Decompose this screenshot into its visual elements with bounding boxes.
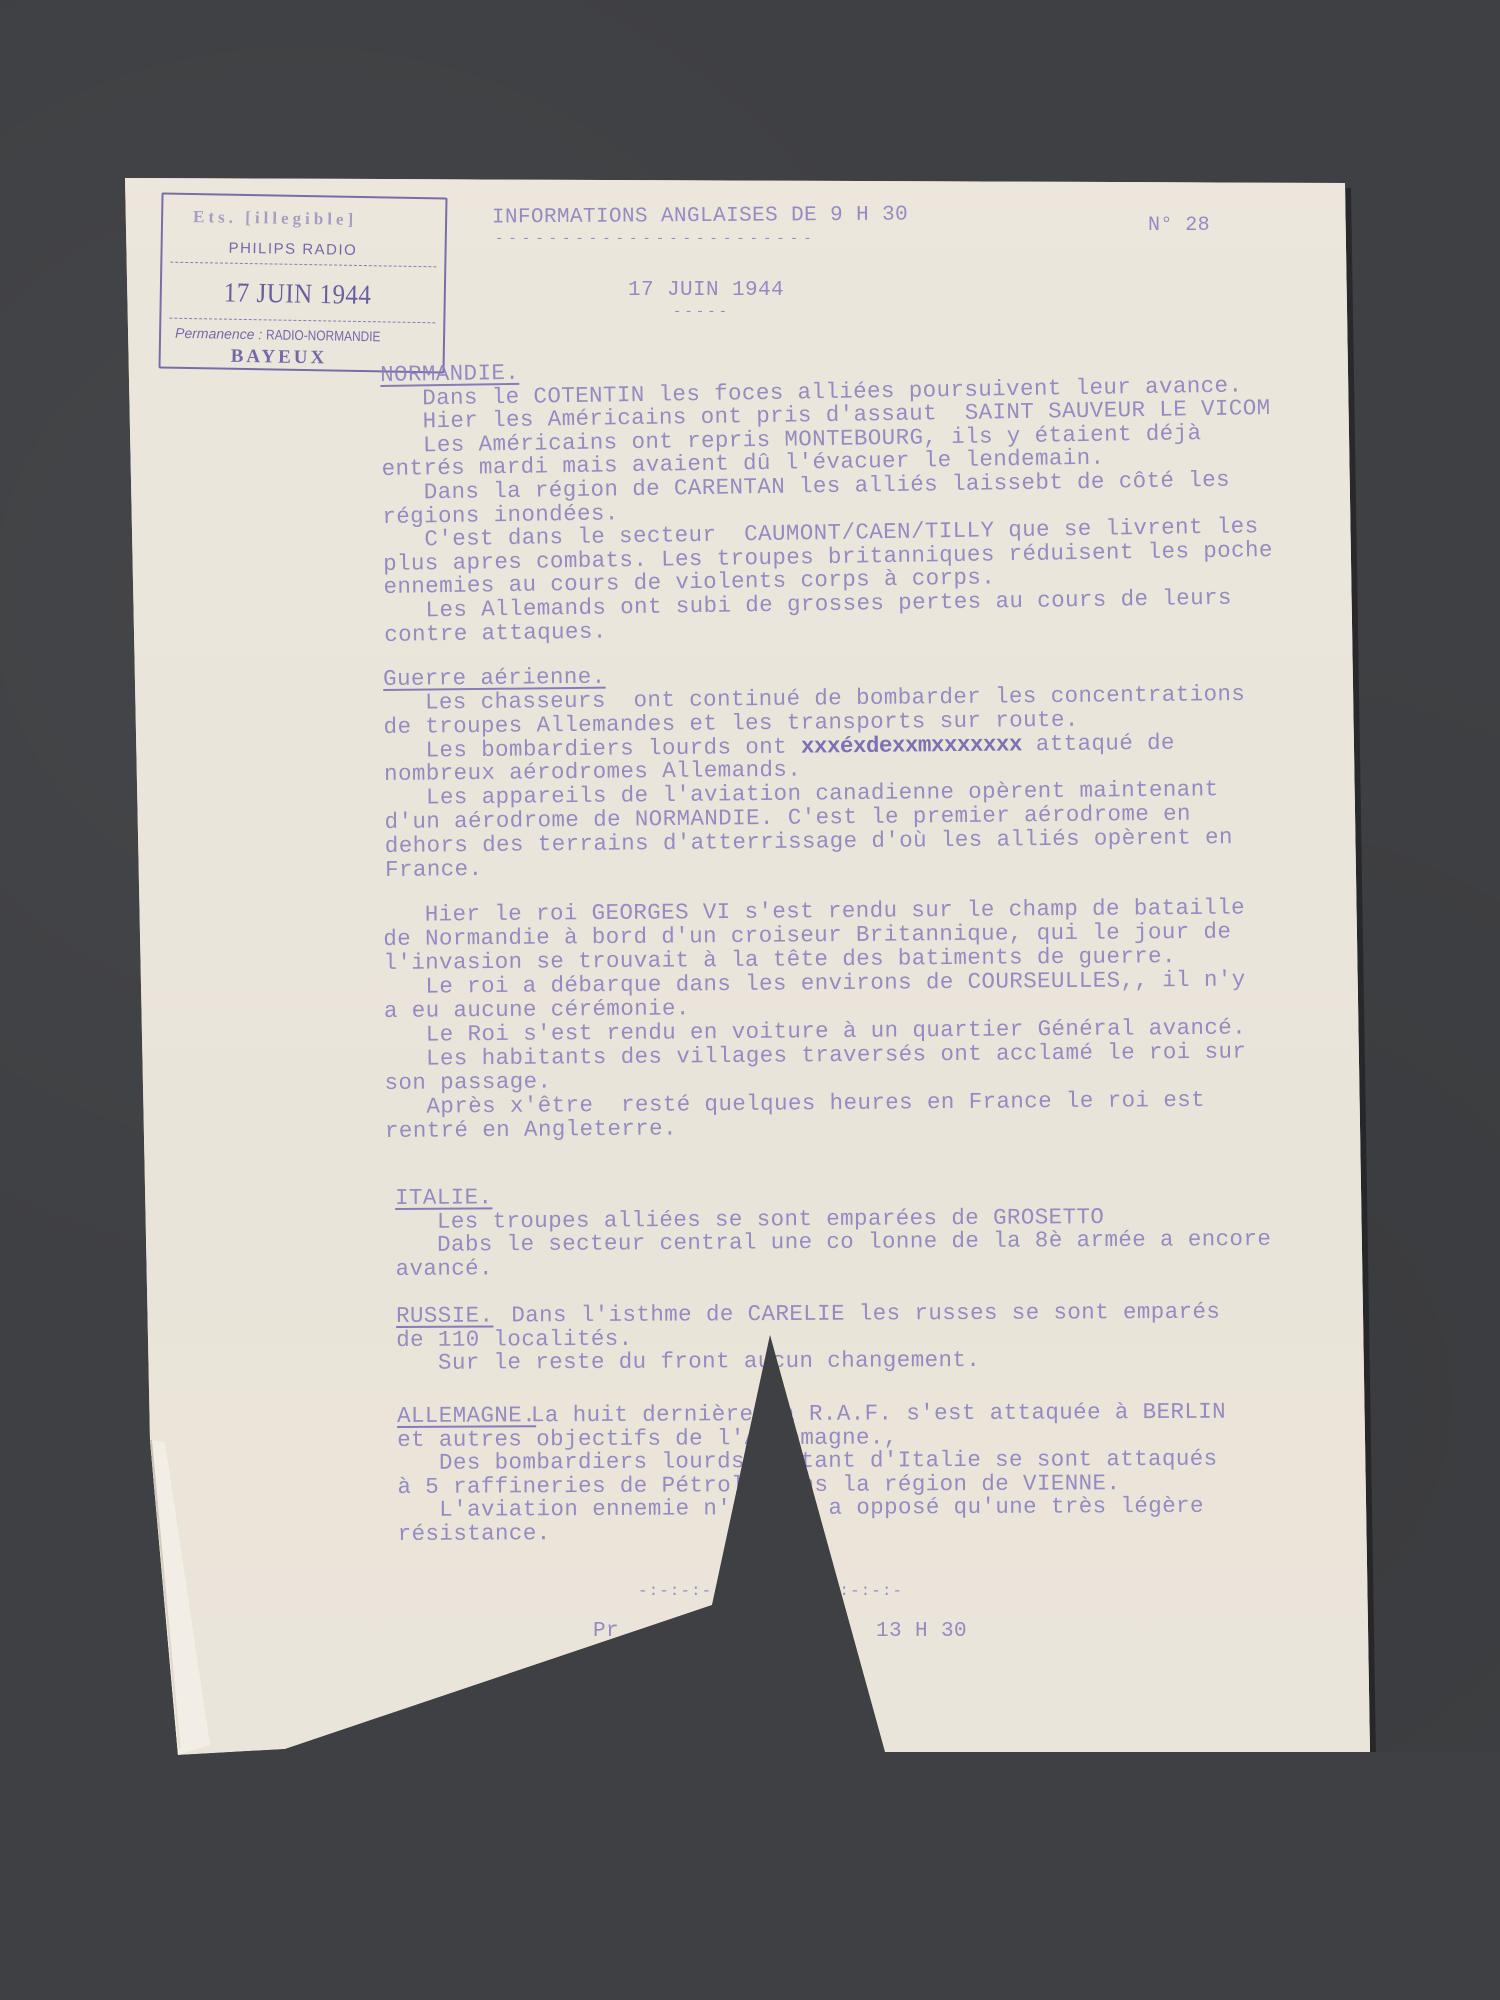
stamp-permanence-value: RADIO-NORMANDIE: [266, 326, 381, 344]
section-heading: RUSSIE.: [396, 1304, 493, 1327]
rubber-stamp: Ets. [illegible] PHILIPS RADIO 17 JUIN 1…: [158, 193, 447, 374]
stamp-date: 17 JUIN 1944: [224, 278, 372, 311]
body-line: avancé.: [395, 1257, 492, 1280]
section-heading: NORMANDIE.: [380, 362, 519, 387]
date-underline: -----: [673, 305, 730, 319]
body-line: rentré en Angleterre.: [385, 1117, 677, 1142]
stamp-permanence-label: Permanence :: [175, 325, 262, 343]
section-russie: RUSSIE. Dans l'isthme de CARELIE les rus…: [396, 1301, 1220, 1328]
body-line: La huit dernière la R.A.F. s'est attaqué…: [517, 1401, 1226, 1427]
section-normandie: NORMANDIE. Dans le COTENTIN les foces al…: [380, 362, 519, 387]
body-line: résistance.: [398, 1522, 551, 1545]
body-line: son passage.: [384, 1071, 551, 1095]
section-guerre-aerienne: Guerre aérienne. Les chasseurs ont conti…: [383, 666, 606, 691]
section-heading: ITALIE.: [395, 1186, 492, 1209]
stamp-permanence: Permanence : RADIO-NORMANDIE: [175, 325, 401, 345]
next-bulletin-time: 13 H 30: [876, 1621, 967, 1642]
stamp-owner: Ets. [illegible]: [193, 207, 357, 230]
struck-out-text: xxxéxdexxmxxxxxxx: [801, 731, 1022, 759]
body-text: attaqué de: [1022, 729, 1175, 757]
body-line: de 110 localités.: [396, 1327, 632, 1351]
bulletin-number: N° 28: [1148, 216, 1210, 236]
stamp-brand: PHILIPS RADIO: [228, 240, 357, 259]
bulletin-title: INFORMATIONS ANGLAISES DE 9 H 30: [492, 205, 908, 229]
stamp-divider: [170, 262, 436, 268]
title-underline: ------------------------: [495, 232, 817, 246]
section-heading: Guerre aérienne.: [383, 666, 606, 691]
body-line: contre attaques.: [384, 620, 607, 646]
stamp-divider: [169, 318, 435, 324]
stamp-city: BAYEUX: [231, 346, 328, 370]
body-line: Dabs le secteur central une co lonne de …: [395, 1228, 1271, 1257]
body-line: Dans l'isthme de CARELIE les russes se s…: [497, 1299, 1220, 1329]
section-italie: ITALIE. Les troupes alliées se sont empa…: [395, 1186, 492, 1209]
body-line: France.: [385, 858, 483, 882]
section-heading: ALLEMAGNE.: [397, 1404, 536, 1427]
body-line: Sur le reste du front aucun changement.: [396, 1349, 980, 1375]
section-allemagne: ALLEMAGNE. La huit dernière la R.A.F. s'…: [397, 1404, 536, 1427]
bulletin-date: 17 JUIN 1944: [628, 280, 784, 301]
